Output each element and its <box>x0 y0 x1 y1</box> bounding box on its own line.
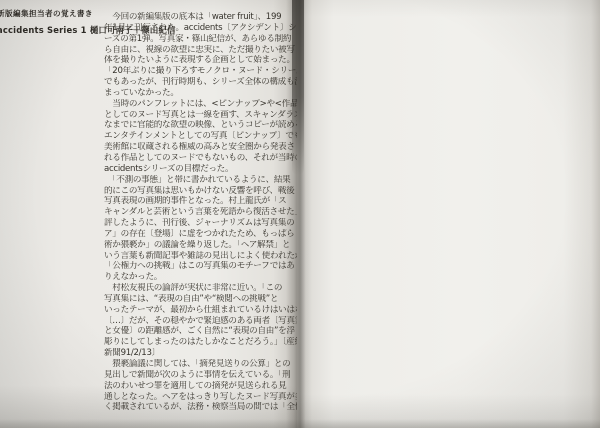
text-line: ーズの第1弾。写真家・篠山紀信が、あらゆる制約 <box>104 34 298 45</box>
text-line: 的にこの写真集は思いもかけない反響を呼び、戦後 <box>104 186 298 197</box>
left-page: 新版編集担当者の覚え書き accidents Series 1 樋口可南子＋篠山… <box>0 0 297 428</box>
text-line: と女優〕の距離感が、ごく自然に“表現の自由”を浮 <box>104 326 298 337</box>
text-line: 〔…〕だが、その穏やかで緊迫感のある両者〔写真家 <box>104 316 298 327</box>
gutter-top-shadow-bar <box>292 0 304 175</box>
text-line: りえなかった。 <box>104 272 298 283</box>
text-line: いう言葉も新聞記事や雑誌の見出しによく使われたが、 <box>104 251 298 262</box>
text-line: 美術館に収蔵される権威の高みと安全圏から発表さ <box>104 142 298 153</box>
text-line: れる作品としてのヌードでもないもの、それが当時の <box>104 153 298 164</box>
text-line: なまでに官能的な欲望の映像、というコピーが読める。 <box>104 120 298 131</box>
text-line: 「20年ぶりに撮り下ろすモノクロ・ヌード・シリーズ」 <box>104 66 298 77</box>
text-line: 体を撮りたいように表現する企画として始まった。 <box>104 55 298 66</box>
text-line: ア」の存在〔登場〕に虚をつかれたため、もっぱら「芸 <box>104 229 298 240</box>
text-line: 評したように、刊行後、ジャーナリズムは写真集の「ヘ <box>104 218 298 229</box>
book-spread-photo: 新版編集担当者の覚え書き accidents Series 1 樋口可南子＋篠山… <box>0 0 600 428</box>
text-line: accidentsシリーズの目標だった。 <box>104 164 298 175</box>
text-line: 当時のパンフレットには、<ピンナップ>や<作品> <box>104 99 298 110</box>
text-line: いったテーマが、最初から仕組まれているけはいはない。 <box>104 305 298 316</box>
right-page: としては芸術作品と評価でき、わいせつ文書にはあたらない」との意見が大勢を占め、警… <box>297 0 600 428</box>
text-line: 彫りにしてしまったのはたしかなことだろう。」〔産経 <box>104 337 298 348</box>
text-line: く掲載されているが、法務・検察当局の間では「全体 <box>104 402 298 413</box>
text-line: 法のわいせつ罪を適用しての摘発が見送られる見 <box>104 381 298 392</box>
text-line: 「不測の事態」と帯に書かれているように、結果 <box>104 175 298 186</box>
text-line: 写真表現の画期的事件となった。村上龍氏が「ス <box>104 196 298 207</box>
text-line: 写真集には、“表現の自由”や“検閲への挑戦”と <box>104 294 298 305</box>
text-line: 新聞91/2/13〕 <box>104 348 298 359</box>
text-line: エンタテインメントとしての写真〔ピンナップ〕でもなく、 <box>104 131 298 142</box>
text-line: でもあったが、刊行時期も、シリーズ全体の構成も決 <box>104 77 298 88</box>
left-page-text-column: 今回の新編集版の底本は「water fruit」、199年1月に刊行された。ac… <box>104 12 298 413</box>
text-line: 「公権力への挑戦」はこの写真集のモチーフではあ <box>104 261 298 272</box>
text-line: 年1月に刊行された。accidents〔アクシデント〕シ <box>104 23 298 34</box>
memo-heading-title: 新版編集担当者の覚え書き <box>0 9 176 18</box>
memo-heading: 新版編集担当者の覚え書き accidents Series 1 樋口可南子＋篠山… <box>0 9 176 35</box>
text-line: 通しとなった。ヘアをはっきり写したヌード写真が多 <box>104 392 298 403</box>
text-line: 見出しで新聞が次のように事情を伝えている。「刑 <box>104 370 298 381</box>
memo-heading-series: accidents Series 1 樋口可南子＋篠山紀信 <box>0 25 176 35</box>
text-line: としてのヌード写真とは一線を画す、スキャンダラス <box>104 110 298 121</box>
page-bottom-shadow <box>0 419 600 428</box>
text-line: ら自由に、視線の欲望に忠実に、ただ撮りたい被写 <box>104 45 298 56</box>
text-line: 今回の新編集版の底本は「water fruit」、199 <box>104 12 298 23</box>
text-line: 術か猥褻か」の議論を繰り返した。「ヘア解禁」と <box>104 240 298 251</box>
text-line: まっていなかった。 <box>104 88 298 99</box>
text-line: 村松友視氏の論評が実状に非常に近い。「この <box>104 283 298 294</box>
text-line: キャンダルと芸術という言葉を死語から復活させた」と <box>104 207 298 218</box>
text-line: 猥褻論議に関しては、「摘発見送りの公算」との <box>104 359 298 370</box>
